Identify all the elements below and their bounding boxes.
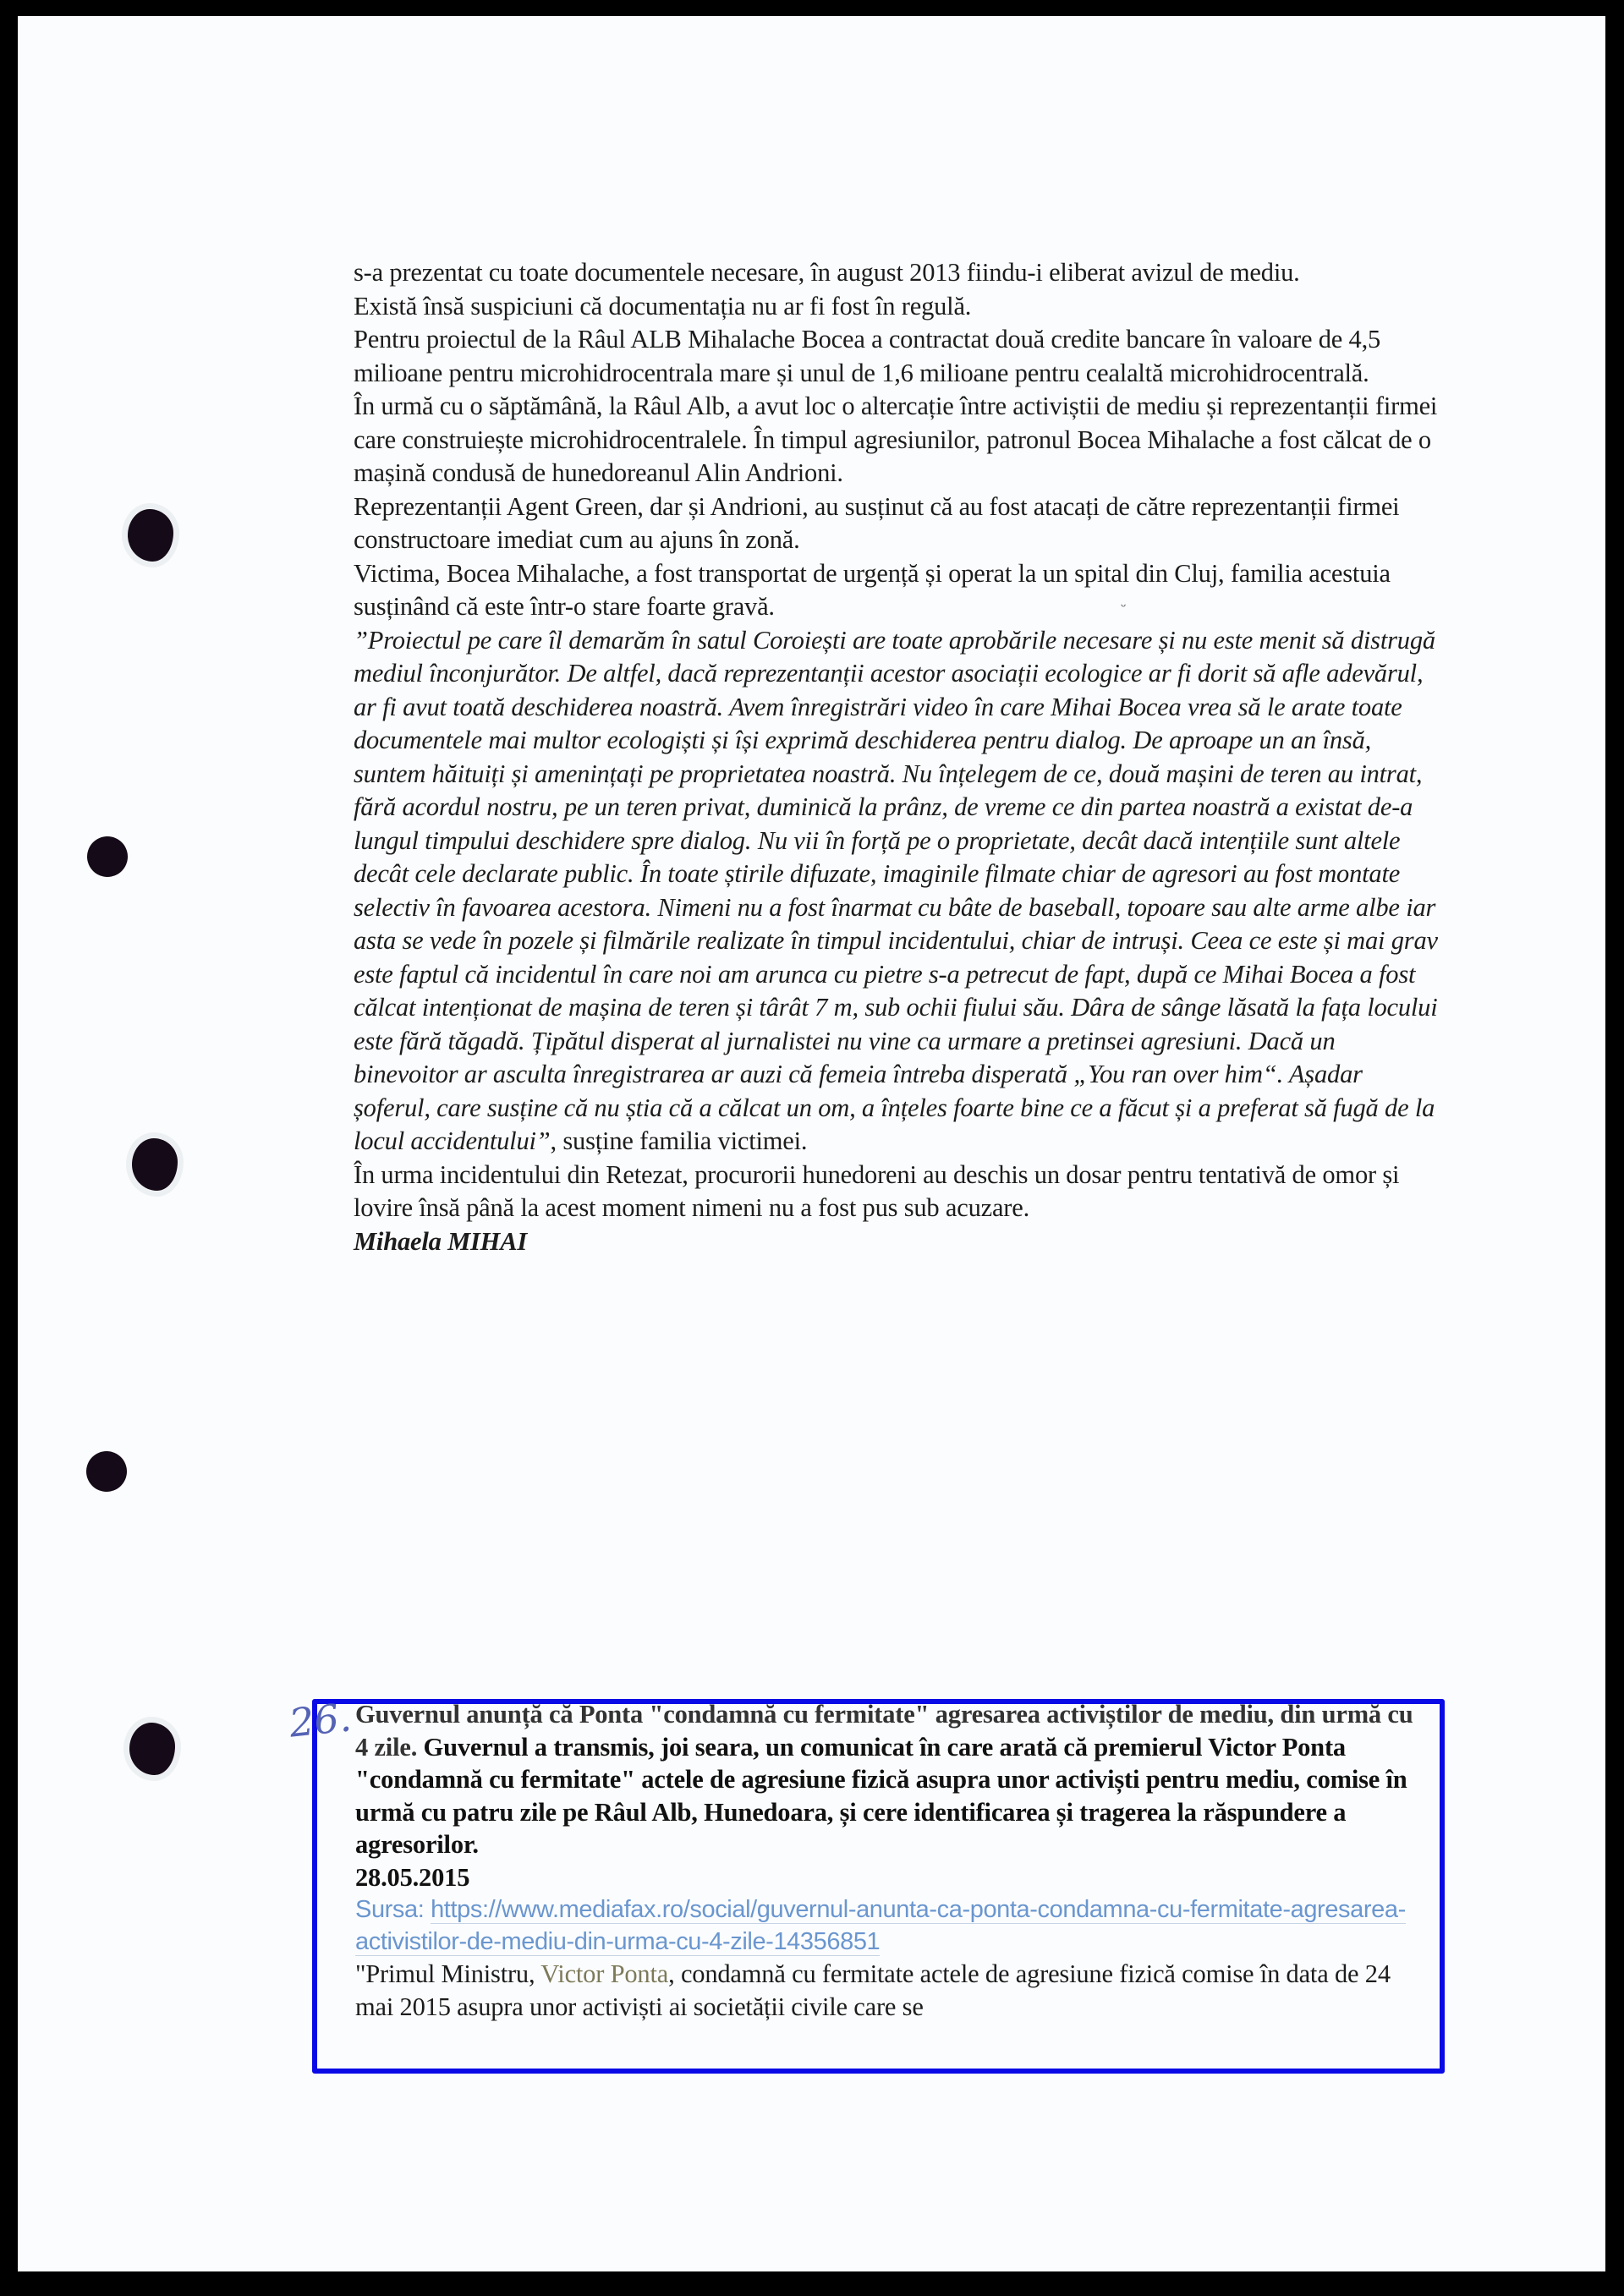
news-excerpt: Guvernul anunță că Ponta "condamnă cu fe… [355,1698,1421,2023]
source-prefix: Sursa: [355,1896,431,1923]
victor-ponta-link[interactable]: Victor Ponta [540,1959,668,1988]
punch-hole-torn [129,1723,175,1775]
paragraph: Pentru proiectul de la Râul ALB Mihalach… [354,323,1445,390]
source-line: Sursa: https://www.mediafax.ro/social/gu… [355,1893,1421,1958]
source-link[interactable]: https://www.mediafax.ro/social/guvernul-… [355,1896,1406,1956]
punch-hole [87,836,128,877]
article-body: s-a prezentat cu toate documentele neces… [354,256,1445,1258]
paragraph: Reprezentanții Agent Green, dar și Andri… [354,490,1445,557]
closing-paragraph: În urma incidentului din Retezat, procur… [354,1159,1445,1225]
excerpt-date: 28.05.2015 [355,1861,1421,1894]
excerpt-heading: Guvernul anunță că Ponta "condamnă cu fe… [355,1698,1421,1861]
paragraph: Victima, Bocea Mihalache, a fost transpo… [354,557,1445,624]
punch-hole-torn [128,509,173,562]
handwritten-annotation: 26. [287,1694,353,1745]
lead: Guvernul a transmis, joi seara, un comun… [355,1733,1407,1860]
family-quote: ”Proiectul pe care îl demarăm în satul C… [354,626,1438,1156]
punch-hole-torn [132,1138,178,1191]
family-quote-paragraph: ”Proiectul pe care îl demarăm în satul C… [354,624,1445,1159]
punch-hole [86,1451,127,1492]
author-signature: Mihaela MIHAI [354,1225,1445,1259]
quote-start: "Primul Ministru, [355,1959,540,1988]
paragraph: În urmă cu o săptămână, la Râul Alb, a a… [354,390,1445,490]
paragraph: Există însă suspiciuni că documentația n… [354,290,1445,324]
quote-attribution: , susține familia victimei. [551,1126,808,1155]
paragraph: s-a prezentat cu toate documentele neces… [354,256,1445,290]
stray-scan-mark: ᵕ [1121,599,1127,615]
excerpt-quote: "Primul Ministru, Victor Ponta, condamnă… [355,1958,1421,2023]
